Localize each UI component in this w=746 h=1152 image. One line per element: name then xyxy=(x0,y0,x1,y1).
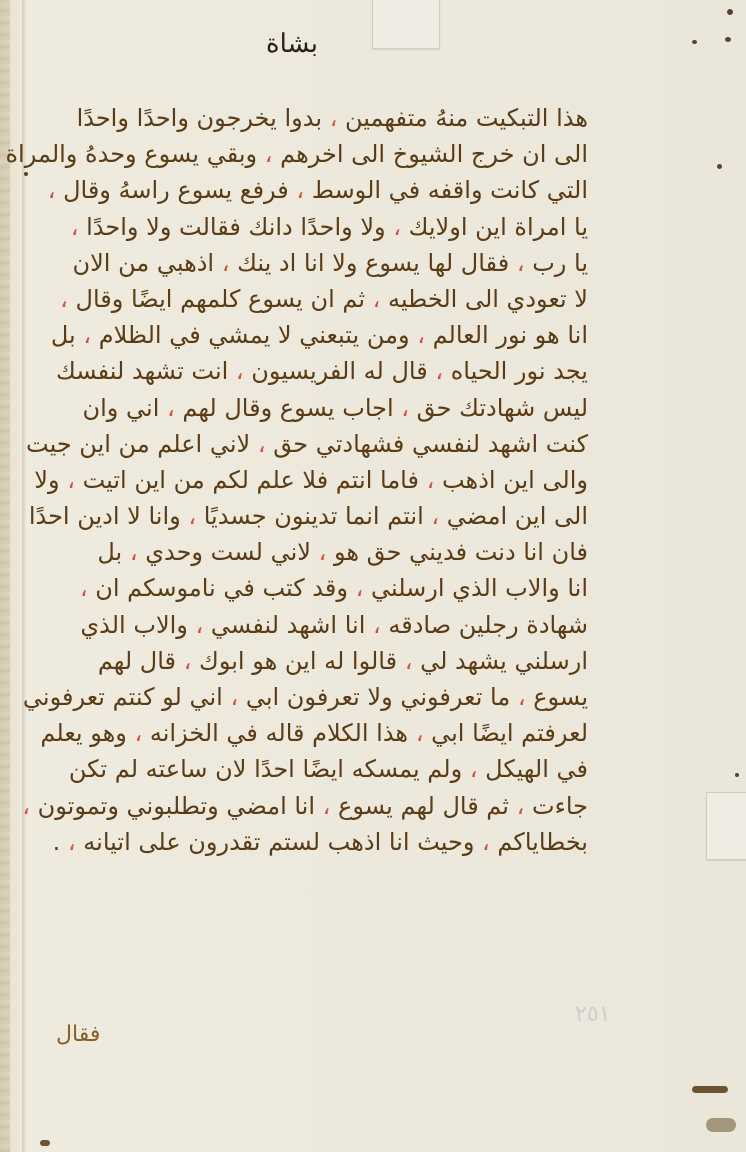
rubric-separator: ، xyxy=(167,394,175,422)
rubric-separator: ، xyxy=(80,574,88,602)
text-line: يا رب ، فقال لها يسوع ولا انا اد ينك ، ا… xyxy=(48,245,588,281)
manuscript-text: هذا التبكيت منهُ متفهمين ، بدوا يخرجون و… xyxy=(48,100,588,860)
text-line: انا هو نور العالم ، ومن يتبعني لا يمشي ف… xyxy=(48,317,588,353)
rubric-separator: ، xyxy=(60,285,68,313)
rubric-separator: ، xyxy=(48,176,56,204)
rubric-separator: ، xyxy=(83,321,91,349)
text-line: يا امراة اين اولايك ، ولا واحدًا دانك فق… xyxy=(48,209,588,245)
worm-hole xyxy=(706,1118,736,1132)
text-line: هذا التبكيت منهُ متفهمين ، بدوا يخرجون و… xyxy=(48,100,588,136)
rubric-separator: ، xyxy=(482,828,490,856)
ink-stain xyxy=(692,40,697,44)
rubric-separator: ، xyxy=(416,719,424,747)
rubric-separator: ، xyxy=(518,683,526,711)
text-line: في الهيكل ، ولم يمسكه ايضًا احدًا لان سا… xyxy=(48,751,588,787)
text-line: كنت اشهد لنفسي فشهادتي حق ، لاني اعلم من… xyxy=(48,426,588,462)
ink-stain xyxy=(727,9,733,15)
ink-stain xyxy=(735,773,739,777)
text-line: بخطاياكم ، وحيث انا اذهب لستم تقدرون على… xyxy=(48,824,588,860)
text-line: الى اين امضي ، انتم انما تدينون جسديًا ،… xyxy=(48,498,588,534)
rubric-separator: ، xyxy=(196,611,204,639)
rubric-separator: ، xyxy=(130,538,138,566)
rubric-separator: ، xyxy=(265,140,273,168)
rubric-separator: ، xyxy=(517,792,525,820)
rubric-separator: ، xyxy=(427,466,435,494)
ink-stain xyxy=(717,164,722,169)
rubric-separator: ، xyxy=(188,502,196,530)
text-line: والى اين اذهب ، فاما انتم فلا علم لكم من… xyxy=(48,462,588,498)
rubric-separator: ، xyxy=(222,249,230,277)
repair-tape-right xyxy=(706,792,746,860)
manuscript-page: بشاة هذا التبكيت منهُ متفهمين ، بدوا يخر… xyxy=(0,0,746,1152)
rubric-separator: ، xyxy=(323,792,331,820)
rubric-separator: ، xyxy=(435,357,443,385)
worm-hole xyxy=(692,1086,728,1093)
text-line: لعرفتم ايضًا ابي ، هذا الكلام قاله في ال… xyxy=(48,715,588,751)
text-line: شهادة رجلين صادقه ، انا اشهد لنفسي ، وال… xyxy=(48,607,588,643)
ink-stain xyxy=(725,37,731,42)
text-line: لا تعودي الى الخطيه ، ثم ان يسوع كلمهم ا… xyxy=(48,281,588,317)
rubric-separator: ، xyxy=(431,502,439,530)
text-line: يسوع ، ما تعرفوني ولا تعرفون ابي ، اني ل… xyxy=(48,679,588,715)
text-line: ارسلني يشهد لي ، قالوا له اين هو ابوك ، … xyxy=(48,643,588,679)
text-line: انا والاب الذي ارسلني ، وقد كتب في ناموس… xyxy=(48,570,588,606)
rubric-separator: ، xyxy=(356,574,364,602)
rubric-separator: ، xyxy=(236,357,244,385)
text-line: ليس شهادتك حق ، اجاب يسوع وقال لهم ، اني… xyxy=(48,390,588,426)
rubric-separator: ، xyxy=(417,321,425,349)
rubric-separator: ، xyxy=(517,249,525,277)
text-line: التي كانت واقفه في الوسط ، فرفع يسوع راس… xyxy=(48,172,588,208)
rubric-separator: ، xyxy=(319,538,327,566)
rubric-separator: ، xyxy=(393,213,401,241)
rubric-separator: ، xyxy=(184,647,192,675)
text-line: جاءت ، ثم قال لهم يسوع ، انا امضي وتطلبو… xyxy=(48,788,588,824)
rubric-separator: ، xyxy=(134,719,142,747)
text-line: الى ان خرج الشيوخ الى اخرهم ، وبقي يسوع … xyxy=(48,136,588,172)
rubric-separator: ، xyxy=(470,755,478,783)
pencil-folio-number: ٢٥١ xyxy=(575,1002,610,1027)
rubric-separator: ، xyxy=(67,466,75,494)
repair-tape-top xyxy=(372,0,440,49)
rubric-separator: ، xyxy=(373,285,381,313)
rubric-separator: ، xyxy=(230,683,238,711)
text-line: فان انا دنت فديني حق هو ، لاني لست وحدي … xyxy=(48,534,588,570)
rubric-separator: ، xyxy=(330,104,338,132)
rubric-separator: ، xyxy=(22,792,30,820)
rubric-separator: ، xyxy=(296,176,304,204)
rubric-separator: ، xyxy=(405,647,413,675)
rubric-separator: ، xyxy=(71,213,79,241)
catchword: فقال xyxy=(56,1022,100,1047)
rubric-separator: ، xyxy=(373,611,381,639)
rubric-separator: ، xyxy=(258,430,266,458)
worm-hole xyxy=(40,1140,50,1146)
rubric-separator: ، xyxy=(68,828,76,856)
rubric-separator: ، xyxy=(401,394,409,422)
quire-mark: بشاة xyxy=(268,24,318,64)
text-line: يجد نور الحياه ، قال له الفريسيون ، انت … xyxy=(48,353,588,389)
ink-stain xyxy=(24,172,28,176)
binding-edge xyxy=(0,0,10,1152)
